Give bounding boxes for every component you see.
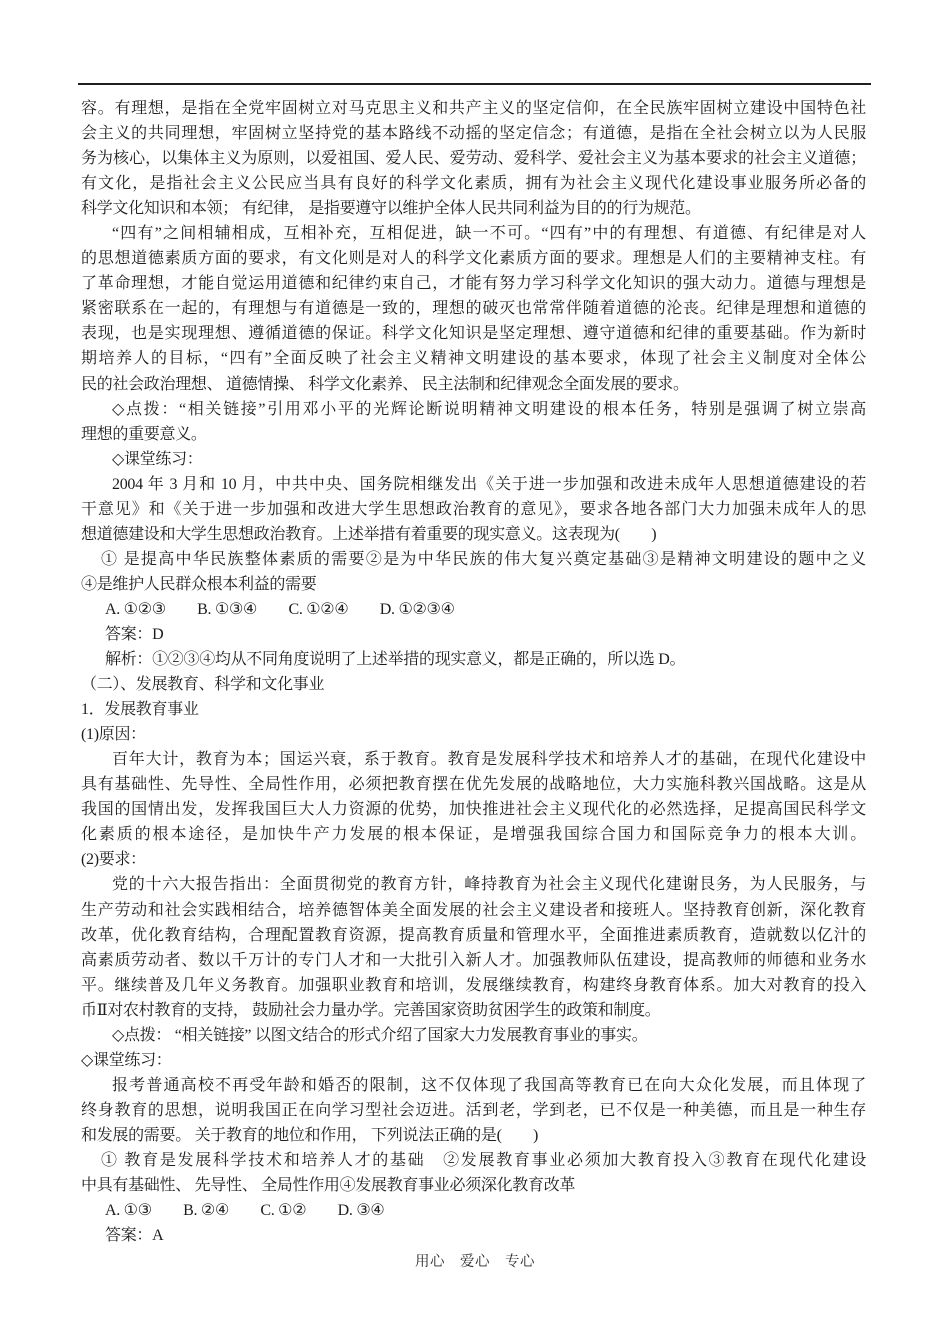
text-line: 中具有基础性、 先导性、 全局性作用④发展教育事业必须深化教育改革	[81, 1173, 866, 1198]
text-line: 生产劳动和社会实践相结合，培养德智体美全面发展的社会主义建设者和接班人。坚持教育…	[81, 898, 866, 923]
document-body: 容。有理想，是指在全党牢固树立对马克思主义和共产主义的坚定信仰，在全民族牢固树立…	[81, 96, 866, 1248]
text-line: （二）、发展教育、科学和文化事业	[81, 672, 866, 697]
text-line: 平。继续普及几年义务教育。加强职业教育和培训，发展继续教育，构建终身教育体系。加…	[81, 973, 866, 998]
text-line: A. ①②③ B. ①③④ C. ①②④ D. ①②③④	[81, 597, 866, 622]
text-line: 报考普通高校不再受年龄和婚否的限制，这不仅体现了我国高等教育已在向大众化发展，而…	[81, 1073, 866, 1098]
text-line: 民的社会政治理想、 道德情操、 科学文化素养、 民主法制和纪律观念全面发展的要求…	[81, 372, 866, 397]
text-line: 终身教育的思想，说明我国正在向学习型社会迈进。活到老，学到老，已不仅是一种美德，…	[81, 1098, 866, 1123]
text-line: 会主义的共同理想，牢固树立坚持党的基本路线不动摇的坚定信念；有道德，是指在全社会…	[81, 121, 866, 146]
text-line: 高素质劳动者、数以千万计的专门人才和一大批引入新人才。加强教师队伍建设，提高教师…	[81, 948, 866, 973]
text-line: 和发展的需要。 关于教育的地位和作用， 下列说法正确的是( )	[81, 1123, 866, 1148]
text-line: A. ①③ B. ②④ C. ①② D. ③④	[81, 1198, 866, 1223]
text-line: 表现，也是实现理想、遵循道德的保证。科学文化知识是坚定理想、遵守道德和纪律的重要…	[81, 321, 866, 346]
text-line: 干意见》和《关于进一步加强和改进大学生思想政治教育的意见》，要求各地各部门大力加…	[81, 497, 866, 522]
text-line: (1)原因：	[81, 722, 866, 747]
header-rule	[78, 83, 871, 85]
text-line: ◇课堂练习：	[81, 1048, 866, 1073]
text-line: ◇点拨： “相关链接” 以图文结合的形式介绍了国家大力发展教育事业的事实。	[81, 1023, 866, 1048]
text-line: 党的十六大报告指出：全面贯彻党的教育方针，峰持教育为社会主义现代化建谢艮务，为人…	[81, 872, 866, 897]
page: 容。有理想，是指在全党牢固树立对马克思主义和共产主义的坚定信仰，在全民族牢固树立…	[0, 0, 950, 1344]
page-footer: 用心 爱心 专心	[0, 1250, 950, 1271]
text-line: ① 教育是发展科学技术和培养人才的基础 ②发展教育事业必须加大教育投入③教育在现…	[81, 1148, 866, 1173]
text-line: 理想的重要意义。	[81, 422, 866, 447]
text-line: 1．发展教育事业	[81, 697, 866, 722]
text-line: 具有基础性、先导性、全局性作用，必须把教育摆在优先发展的战略地位，大力实施科教兴…	[81, 772, 866, 797]
text-line: ④是维护人民群众根本利益的需要	[81, 572, 866, 597]
text-line: 化素质的根本途径，是加快牛产力发展的根本保证，是增强我国综合国力和国际竞争力的根…	[81, 822, 866, 847]
text-line: 2004 年 3 月和 10 月，中共中央、国务院相继发出《关于进一步加强和改进…	[81, 472, 866, 497]
text-line: ◇课堂练习：	[81, 447, 866, 472]
text-line: 答案：A	[81, 1223, 866, 1248]
text-line: 改革，优化教育结构，合理配置教育资源，提高教育质量和管理水平，全面推进素质教育，…	[81, 923, 866, 948]
text-line: 紧密联系在一起的，有理想与有道德是一致的，理想的破灭也常常伴随着道德的沦丧。纪律…	[81, 296, 866, 321]
text-line: 想道德建设和大学生思想政治教育。上述举措有着重要的现实意义。这表现为( )	[81, 522, 866, 547]
text-line: ① 是提高中华民族整体素质的需要②是为中华民族的伟大复兴奠定基础③是精神文明建设…	[81, 547, 866, 572]
text-line: 科学文化知识和本领； 有纪律， 是指要遵守以维护全体人民共同利益为目的的行为规范…	[81, 196, 866, 221]
text-line: 务为核心，以集体主义为原则，以爱祖国、爱人民、爱劳动、爱科学、爱社会主义为基本要…	[81, 146, 866, 171]
text-line: 有文化，是指社会主义公民应当具有良好的科学文化素质，拥有为社会主义现代化建设事业…	[81, 171, 866, 196]
text-line: 百年大计，教育为本；国运兴衰，系于教育。教育是发展科学技术和培养人才的基础，在现…	[81, 747, 866, 772]
text-line: (2)要求：	[81, 847, 866, 872]
text-line: 的思想道德素质方面的要求，有文化则是对人的科学文化素质方面的要求。理想是人们的主…	[81, 246, 866, 271]
text-line: 期培养人的目标，“四有”全面反映了社会主义精神文明建设的基本要求，体现了社会主义…	[81, 346, 866, 371]
text-line: 答案：D	[81, 622, 866, 647]
text-line: 我国的国情出发，发挥我国巨大人力资源的优势，加快推进社会主义现代化的必然选择，足…	[81, 797, 866, 822]
text-line: 了革命理想，才能自觉运用道德和纪律约束自己，才能有努力学习科学文化知识的强大动力…	[81, 271, 866, 296]
text-line: 解析：①②③④均从不同角度说明了上述举措的现实意义，都是正确的，所以选 D。	[81, 647, 866, 672]
text-line: 币Ⅱ对农村教育的支持， 鼓励社会力量办学。完善国家资助贫困学生的政策和制度。	[81, 998, 866, 1023]
text-line: ◇点拨：“相关链接”引用邓小平的光辉论断说明精神文明建设的根本任务，特别是强调了…	[81, 397, 866, 422]
text-line: “四有”之间相辅相成，互相补充，互相促进，缺一不可。“四有”中的有理想、有道德、…	[81, 221, 866, 246]
text-line: 容。有理想，是指在全党牢固树立对马克思主义和共产主义的坚定信仰，在全民族牢固树立…	[81, 96, 866, 121]
